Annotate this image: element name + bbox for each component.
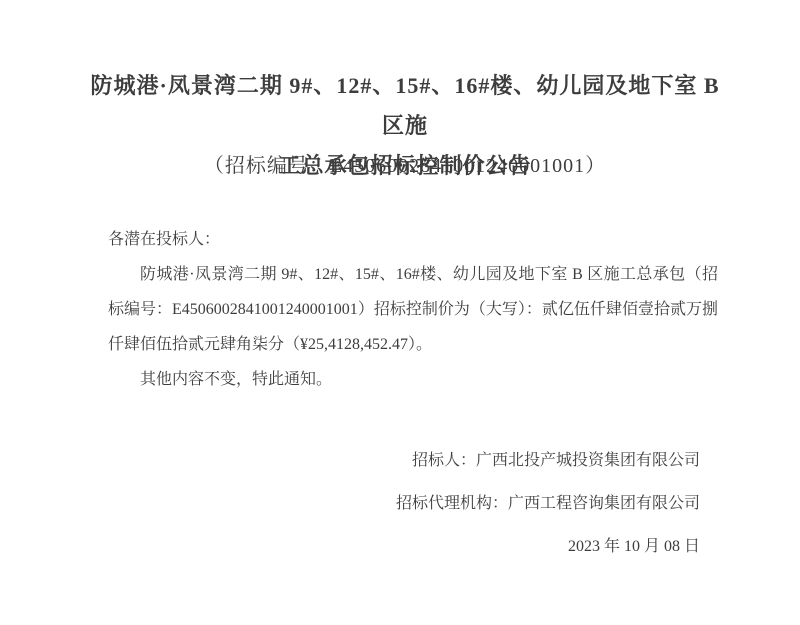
closing-line: 其他内容不变，特此通知。 — [108, 362, 718, 397]
date-line: 2023 年 10 月 08 日 — [108, 525, 700, 568]
salutation-line: 各潜在投标人： — [108, 222, 718, 257]
tender-number-line: （招标编号：E4506002841001240001001） — [90, 150, 720, 182]
agency-line: 招标代理机构：广西工程咨询集团有限公司 — [108, 482, 700, 525]
tender-notice-document: 防城港·凤景湾二期 9#、12#、15#、16#楼、幼儿园及地下室 B 区施 工… — [0, 0, 800, 625]
tenderer-line: 招标人：广西北投产城投资集团有限公司 — [108, 439, 700, 482]
notice-paragraph: 防城港·凤景湾二期 9#、12#、15#、16#楼、幼儿园及地下室 B 区施工总… — [108, 257, 718, 362]
document-title-line1: 防城港·凤景湾二期 9#、12#、15#、16#楼、幼儿园及地下室 B 区施 — [90, 73, 719, 138]
signature-block: 招标人：广西北投产城投资集团有限公司 招标代理机构：广西工程咨询集团有限公司 2… — [108, 439, 700, 568]
notice-body: 各潜在投标人： 防城港·凤景湾二期 9#、12#、15#、16#楼、幼儿园及地下… — [108, 222, 718, 397]
